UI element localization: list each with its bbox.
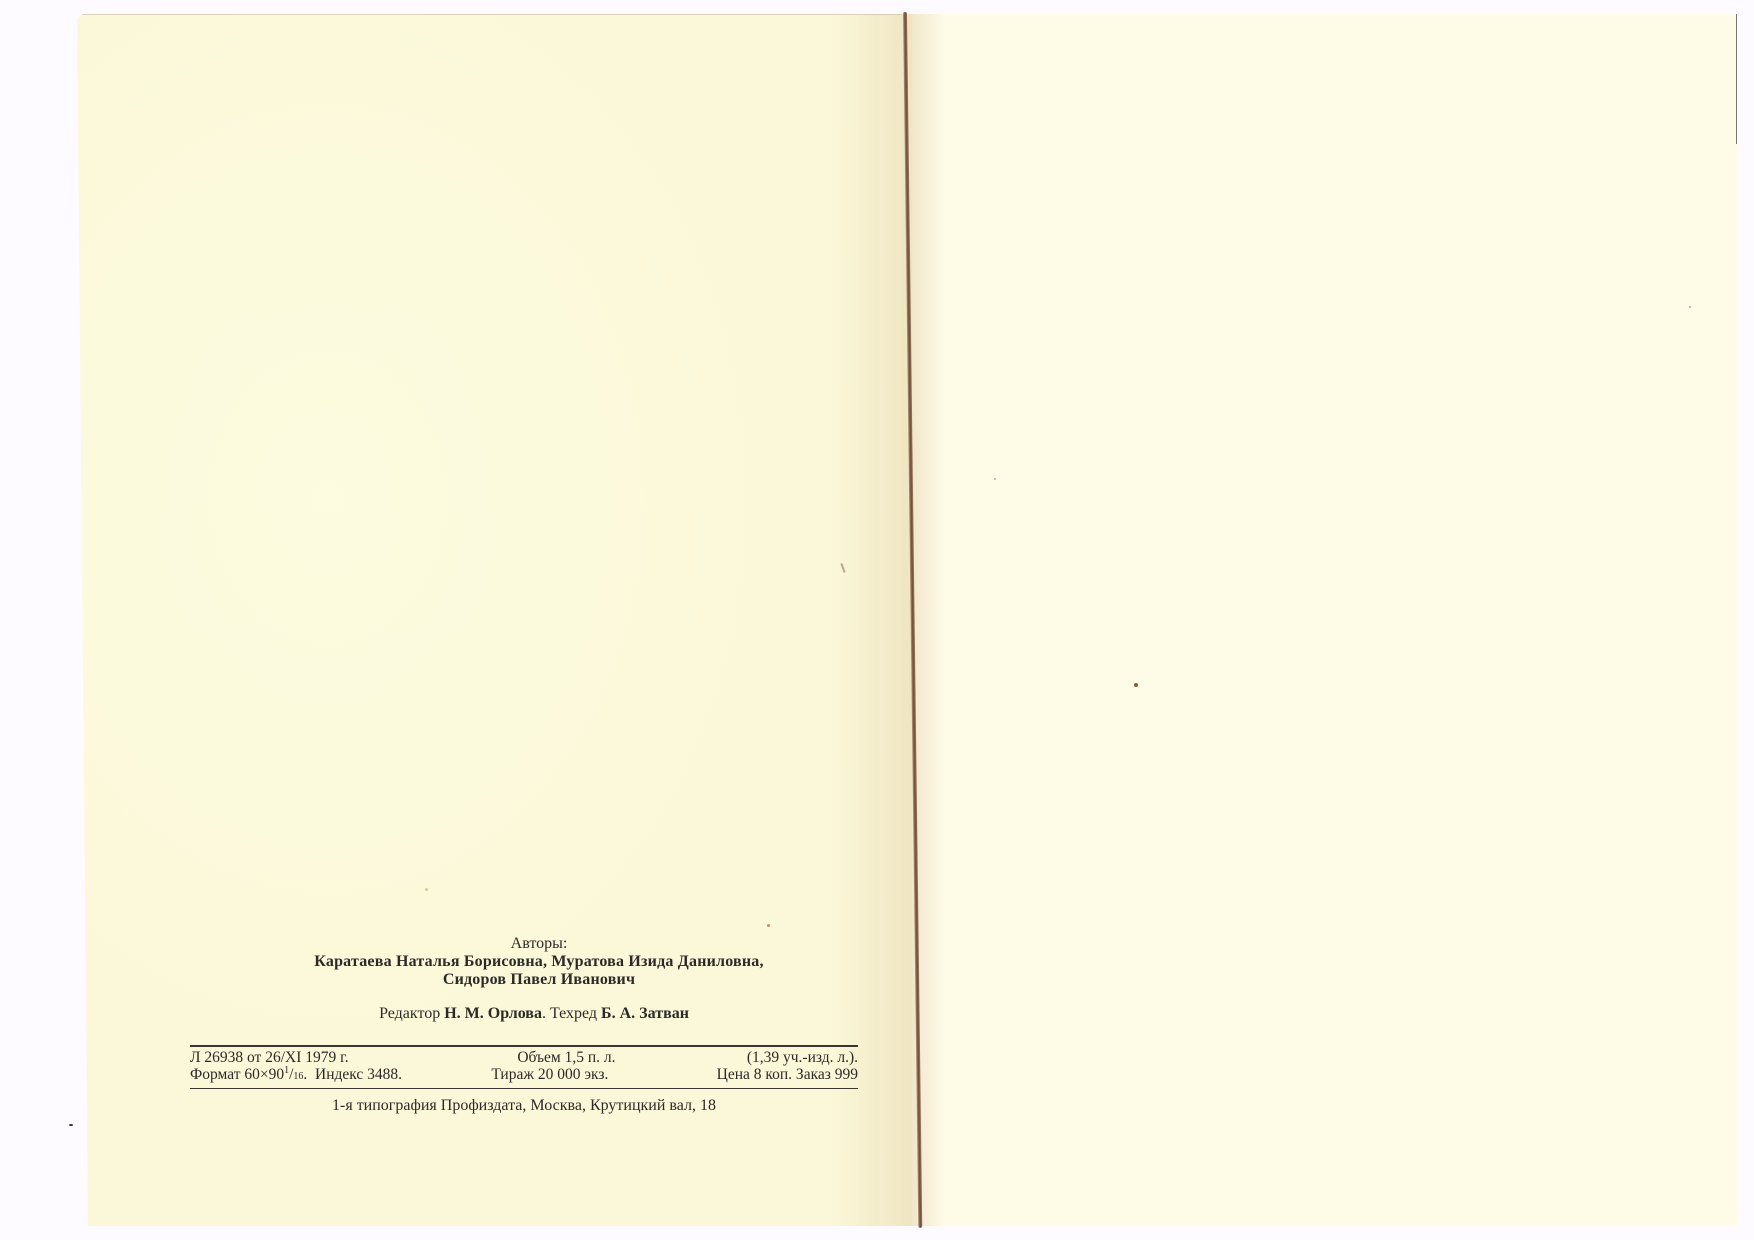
credits-line: Редактор Н. М. Орлова. Техред Б. А. Затв…	[210, 1005, 858, 1023]
paper-speck	[994, 478, 996, 480]
volume-publisher-cell: (1,39 уч.-изд. л.).	[665, 1049, 858, 1066]
left-page-top-edge	[82, 14, 902, 15]
authors-line-1: Каратаева Наталья Борисовна, Муратова Из…	[220, 953, 858, 971]
bottom-rule	[190, 1088, 858, 1090]
techred-name: Б. А. Затван	[601, 1005, 689, 1022]
paper-speck	[1689, 306, 1691, 308]
right-page	[912, 14, 1737, 1226]
print-run-cell: Тираж 20 000 экз.	[479, 1066, 665, 1085]
paper-speck	[767, 924, 770, 927]
paper-speck	[1134, 683, 1138, 687]
imprint-block: Авторы: Каратаева Наталья Борисовна, Мур…	[190, 935, 858, 1115]
paper-speck	[69, 1124, 73, 1126]
format-label: Формат	[190, 1066, 240, 1083]
techred-label: Техред	[550, 1005, 597, 1022]
paper-speck	[425, 888, 428, 891]
table-row: Л 26938 от 26/XI 1979 г. Объем 1,5 п. л.…	[190, 1049, 858, 1066]
index-value: Индекс 3488.	[315, 1066, 402, 1083]
authors-line-2: Сидоров Павел Иванович	[220, 971, 858, 989]
price-order-cell: Цена 8 коп. Заказ 999	[665, 1066, 858, 1085]
authors-label: Авторы:	[220, 935, 858, 953]
editor-name: Н. М. Орлова	[444, 1005, 542, 1022]
license-cell: Л 26938 от 26/XI 1979 г.	[190, 1049, 479, 1066]
format-fraction-den: 16	[293, 1071, 303, 1082]
publication-data-table: Л 26938 от 26/XI 1979 г. Объем 1,5 п. л.…	[190, 1049, 858, 1085]
format-fraction-num: 1	[284, 1064, 289, 1075]
volume-cell: Объем 1,5 п. л.	[479, 1049, 665, 1066]
top-rule	[190, 1045, 858, 1047]
editor-label: Редактор	[379, 1005, 440, 1022]
format-cell: Формат 60×901/16. Индекс 3488.	[190, 1066, 479, 1085]
right-page-edge	[1736, 14, 1737, 144]
table-row: Формат 60×901/16. Индекс 3488. Тираж 20 …	[190, 1066, 858, 1085]
printer-line: 1-я типография Профиздата, Москва, Крути…	[190, 1097, 858, 1115]
book-spread: Авторы: Каратаева Наталья Борисовна, Мур…	[0, 0, 1754, 1240]
format-value: 60×90	[244, 1066, 284, 1083]
